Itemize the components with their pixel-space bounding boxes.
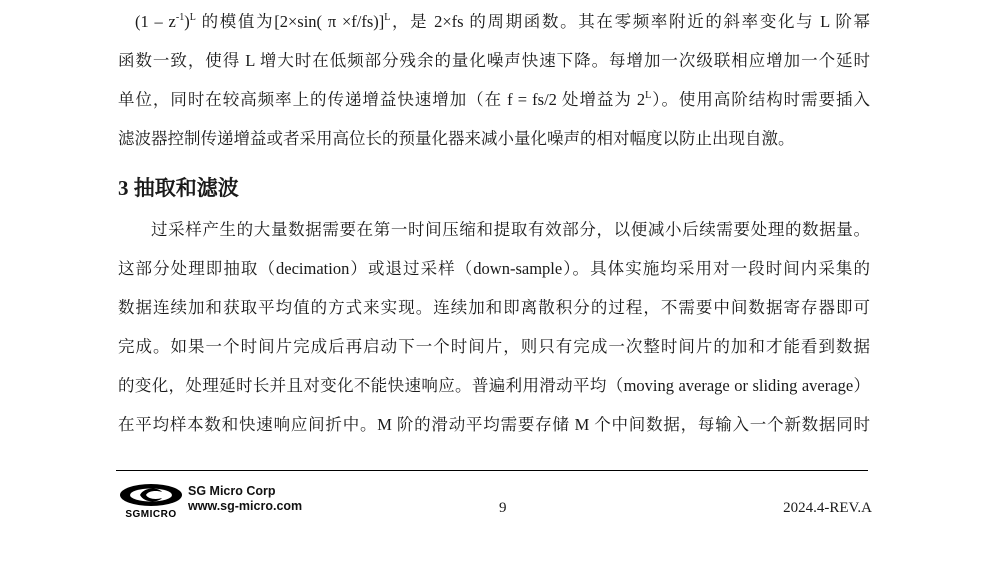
company-info: SG Micro Corp www.sg-micro.com [188,484,302,514]
revision-label: 2024.4-REV.A [783,500,872,517]
section-heading: 3 抽取和滤波 [118,172,239,202]
paragraph-line: 函数一致，使得 L 增大时在低频部分残余的量化噪声快速下降。每增加一次级联相应增… [118,51,870,71]
paragraph-line: 的变化，处理延时长并且对变化不能快速响应。普遍利用滑动平均（moving ave… [118,376,870,396]
page-number: 9 [499,500,507,517]
paragraph-line: 单位，同时在较高频率上的传递增益快速增加（在 f = fs/2 处增益为 2L）… [118,90,870,113]
footer-divider [116,470,868,471]
paragraph-line: 在平均样本数和快速响应间折中。M 阶的滑动平均需要存储 M 个中间数据，每输入一… [118,415,870,435]
company-website: www.sg-micro.com [188,499,302,514]
paragraph-line: (1 – z-1)L 的模值为[2×sin( π ×f/fs)]L，是 2×fs… [135,12,870,35]
paragraph-line: 过采样产生的大量数据需要在第一时间压缩和提取有效部分，以便减小后续需要处理的数据… [151,220,870,240]
paragraph-line: 滤波器控制传递增益或者采用高位长的预量化器来减小量化噪声的相对幅度以防止出现自激… [118,129,870,149]
sgmicro-logo-icon: SGMICRO [118,482,184,520]
svg-text:SGMICRO: SGMICRO [125,509,176,520]
paragraph-line: 这部分处理即抽取（decimation）或退过采样（down-sample）。具… [118,259,870,279]
paragraph-line: 完成。如果一个时间片完成后再启动下一个时间片，则只有完成一次整时间片的加和才能看… [118,337,870,357]
paragraph-line: 数据连续加和获取平均值的方式来实现。连续加和即离散积分的过程，不需要中间数据寄存… [118,298,870,318]
company-name: SG Micro Corp [188,484,302,499]
